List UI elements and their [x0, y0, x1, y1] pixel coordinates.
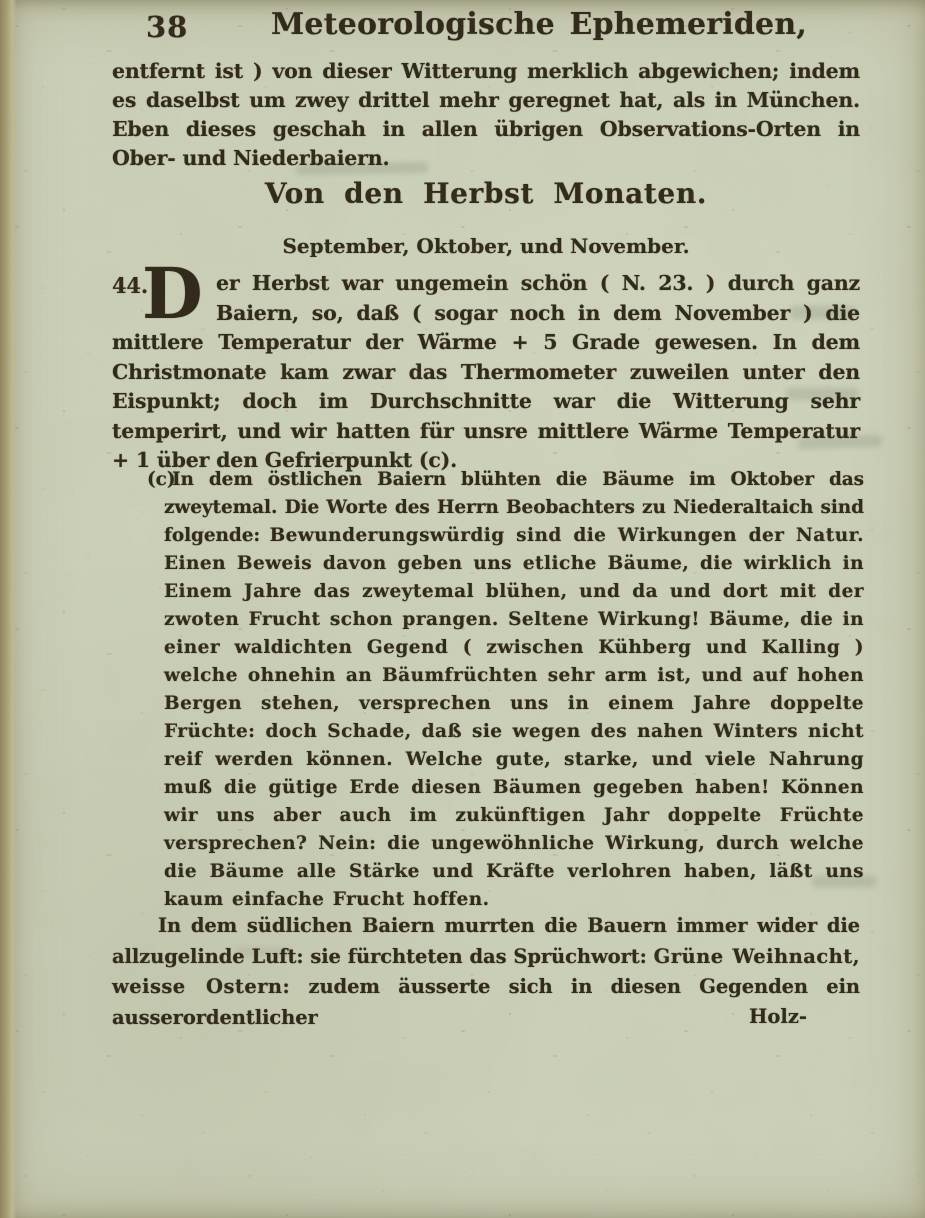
catchword: Holz-	[749, 1005, 807, 1028]
section-subheading: September, Oktober, und November.	[112, 234, 860, 258]
footnote-marker: (c)	[147, 466, 175, 494]
section-heading: Von den Herbst Monaten.	[112, 177, 860, 210]
paragraph-head: 44.D	[112, 269, 216, 326]
book-page: 38 Meteorologische Ephemeriden, entfernt…	[0, 0, 925, 1218]
paragraph-44-text: er Herbst war ungemein schön ( N. 23. ) …	[112, 271, 860, 472]
paragraph-44: 44.Der Herbst war ungemein schön ( N. 23…	[112, 269, 860, 476]
closing-paragraph: In dem südlichen Baiern murrten die Baue…	[112, 911, 860, 1033]
footnote-c: (c)In dem östlichen Baiern blühten die B…	[164, 466, 864, 914]
page-edge-shadow	[0, 0, 17, 1218]
footnote-quote-text: Bewunderungswürdig sind die Wirkungen de…	[164, 525, 864, 910]
drop-cap-initial: D	[142, 265, 203, 323]
running-header-title: Meteorologische Ephemeriden,	[180, 7, 898, 42]
intro-paragraph: entfernt ist ) von dieser Witterung merk…	[112, 57, 860, 173]
